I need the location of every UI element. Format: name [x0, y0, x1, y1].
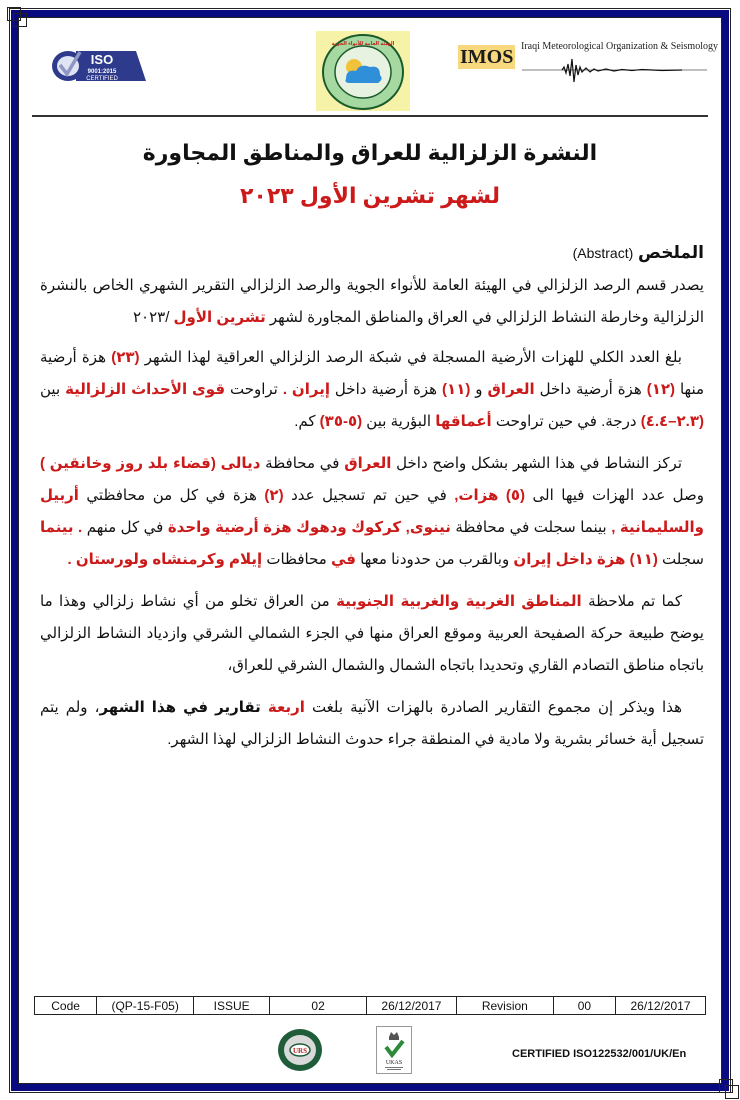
- svg-text:URS: URS: [293, 1047, 307, 1055]
- corner-ornament-bottom-right-outer: [725, 1085, 739, 1099]
- text: كم.: [294, 413, 319, 430]
- svg-text:ISO: ISO: [91, 52, 113, 67]
- text: /٢٠٢٣: [133, 309, 174, 326]
- text: هزة أرضية داخل: [330, 381, 442, 398]
- iso-certified-badge: ISO 9001:2015 CERTIFIED: [50, 48, 146, 84]
- seismogram-icon: [522, 55, 707, 85]
- text: محافظات: [262, 551, 331, 568]
- revision-label: Revision: [456, 997, 553, 1015]
- highlight-iran-count: (١١): [442, 381, 470, 398]
- urs-certification-logo: URS: [277, 1028, 323, 1072]
- text: تركز النشاط في هذا الشهر بشكل واضح داخل: [391, 455, 682, 472]
- issue-label: ISSUE: [194, 997, 270, 1015]
- highlight-in: في: [331, 551, 356, 568]
- highlight-iran-events: (١١) هزة داخل إيران: [513, 551, 657, 568]
- text: بين: [40, 381, 65, 398]
- text: تراوحت: [225, 381, 283, 398]
- ukas-crown-check-icon: UKAS: [377, 1027, 411, 1073]
- document-control-table: Code (QP-15-F05) ISSUE 02 26/12/2017 Rev…: [34, 996, 706, 1015]
- highlight-reports: تقارير في هذا الشهر: [99, 699, 260, 716]
- text: بينما سجلت في محافظة: [451, 519, 611, 536]
- highlight-nineveh-kirkuk-duhok: نينوى, كركوك ودهوك هزة أرضية واحدة: [168, 519, 451, 536]
- code-label: Code: [35, 997, 97, 1015]
- text: في حين تم تسجيل عدد: [284, 487, 455, 504]
- organization-name: Iraqi Meteorological Organization & Seis…: [521, 41, 718, 52]
- text: درجة. في حين تراوحت: [492, 413, 641, 430]
- svg-text:الهيئة العامة للأنواء الجوية: الهيئة العامة للأنواء الجوية: [332, 40, 395, 47]
- text: هزة في كل من محافظتي: [79, 487, 264, 504]
- highlight-four: اربعة: [268, 699, 305, 716]
- text: في كل منهم: [82, 519, 168, 536]
- highlight-total-count: (٢٣): [111, 349, 139, 366]
- text: بلغ العدد الكلي للهزات الأرضية المسجلة ف…: [140, 349, 682, 366]
- paragraph-statistics: بلغ العدد الكلي للهزات الأرضية المسجلة ف…: [40, 342, 704, 438]
- imos-seal-icon: الهيئة العامة للأنواء الجوية: [316, 31, 410, 111]
- code-value: (QP-15-F05): [97, 997, 194, 1015]
- imos-seal-logo: الهيئة العامة للأنواء الجوية: [316, 31, 410, 111]
- issue-value: 02: [270, 997, 367, 1015]
- highlight-magnitude-range: (٢.٣–٤.٤): [641, 413, 704, 430]
- revision-value: 00: [553, 997, 615, 1015]
- paragraph-activity-distribution: تركز النشاط في هذا الشهر بشكل واضح داخل …: [40, 448, 704, 576]
- text: هزة أرضية داخل: [535, 381, 647, 398]
- header-divider: [32, 115, 708, 117]
- highlight-iraq: العراق: [344, 455, 391, 472]
- abstract-heading: الملخص (Abstract): [40, 236, 704, 270]
- table-row: Code (QP-15-F05) ISSUE 02 26/12/2017 Rev…: [35, 997, 706, 1015]
- highlight-western-regions: المناطق الغربية والغربية الجنوبية: [336, 593, 582, 610]
- text: هذا ويذكر إن مجموع التقارير الصادرة باله…: [305, 699, 682, 716]
- highlight-magnitudes: قوى الأحداث الزلزالية: [65, 381, 225, 398]
- abstract-section: الملخص (Abstract) يصدر قسم الرصد الزلزال…: [40, 236, 704, 764]
- abstract-heading-ar: الملخص: [638, 243, 704, 262]
- certification-number: CERTIFIED ISO122532/001/UK/En: [512, 1048, 686, 1060]
- highlight-diyala-count: (٥) هزات,: [454, 487, 525, 504]
- corner-ornament-top-left-inner: [13, 13, 27, 27]
- text: و: [470, 381, 487, 398]
- highlight-depth-range: (٥-٣٥): [320, 413, 362, 430]
- text: البؤرية بين: [362, 413, 435, 430]
- issue-date: 26/12/2017: [367, 997, 457, 1015]
- svg-text:UKAS: UKAS: [386, 1060, 402, 1066]
- highlight-iraq: العراق: [488, 381, 535, 398]
- highlight-iran-provinces: إيلام وكرمنشاه ولورستان .: [68, 551, 263, 568]
- highlight-depths: أعماقها: [435, 413, 491, 430]
- paragraph-intro: يصدر قسم الرصد الزلزالي في الهيئة العامة…: [40, 270, 704, 334]
- bulletin-title: النشرة الزلزالية للعراق والمناطق المجاور…: [0, 140, 740, 166]
- highlight-iran: إيران .: [283, 381, 330, 398]
- iso-checkmark-icon: ISO 9001:2015 CERTIFIED: [50, 48, 146, 84]
- highlight-diyala: ديالى (قضاء بلد روز وخانقين ): [40, 455, 260, 472]
- svg-text:CERTIFIED: CERTIFIED: [86, 76, 118, 82]
- paragraph-reports: هذا ويذكر إن مجموع التقارير الصادرة باله…: [40, 692, 704, 756]
- paragraph-tectonics: كما تم ملاحظة المناطق الغربية والغربية ا…: [40, 586, 704, 682]
- highlight-iraq-count: (١٢): [647, 381, 675, 398]
- text: كما تم ملاحظة: [582, 593, 682, 610]
- abstract-heading-en: (Abstract): [573, 245, 634, 261]
- bulletin-month-subtitle: لشهر تشرين الأول ٢٠٢٣: [0, 183, 740, 209]
- ukas-certification-logo: UKAS: [376, 1026, 412, 1074]
- text: وبالقرب من حدودنا معها: [356, 551, 513, 568]
- text: في محافظة: [260, 455, 344, 472]
- urs-seal-icon: URS: [277, 1028, 323, 1072]
- imos-wordmark: IMOS: [458, 45, 515, 69]
- seismogram-graphic: [522, 55, 707, 85]
- text: وصل عدد الهزات فيها الى: [525, 487, 704, 504]
- highlight-while: . بينما: [40, 519, 82, 536]
- revision-date: 26/12/2017: [616, 997, 706, 1015]
- svg-text:9001:2015: 9001:2015: [88, 69, 117, 75]
- text: سجلت: [658, 551, 704, 568]
- highlight-count-two: (٢): [264, 487, 283, 504]
- highlight-month: تشرين الأول: [174, 309, 266, 326]
